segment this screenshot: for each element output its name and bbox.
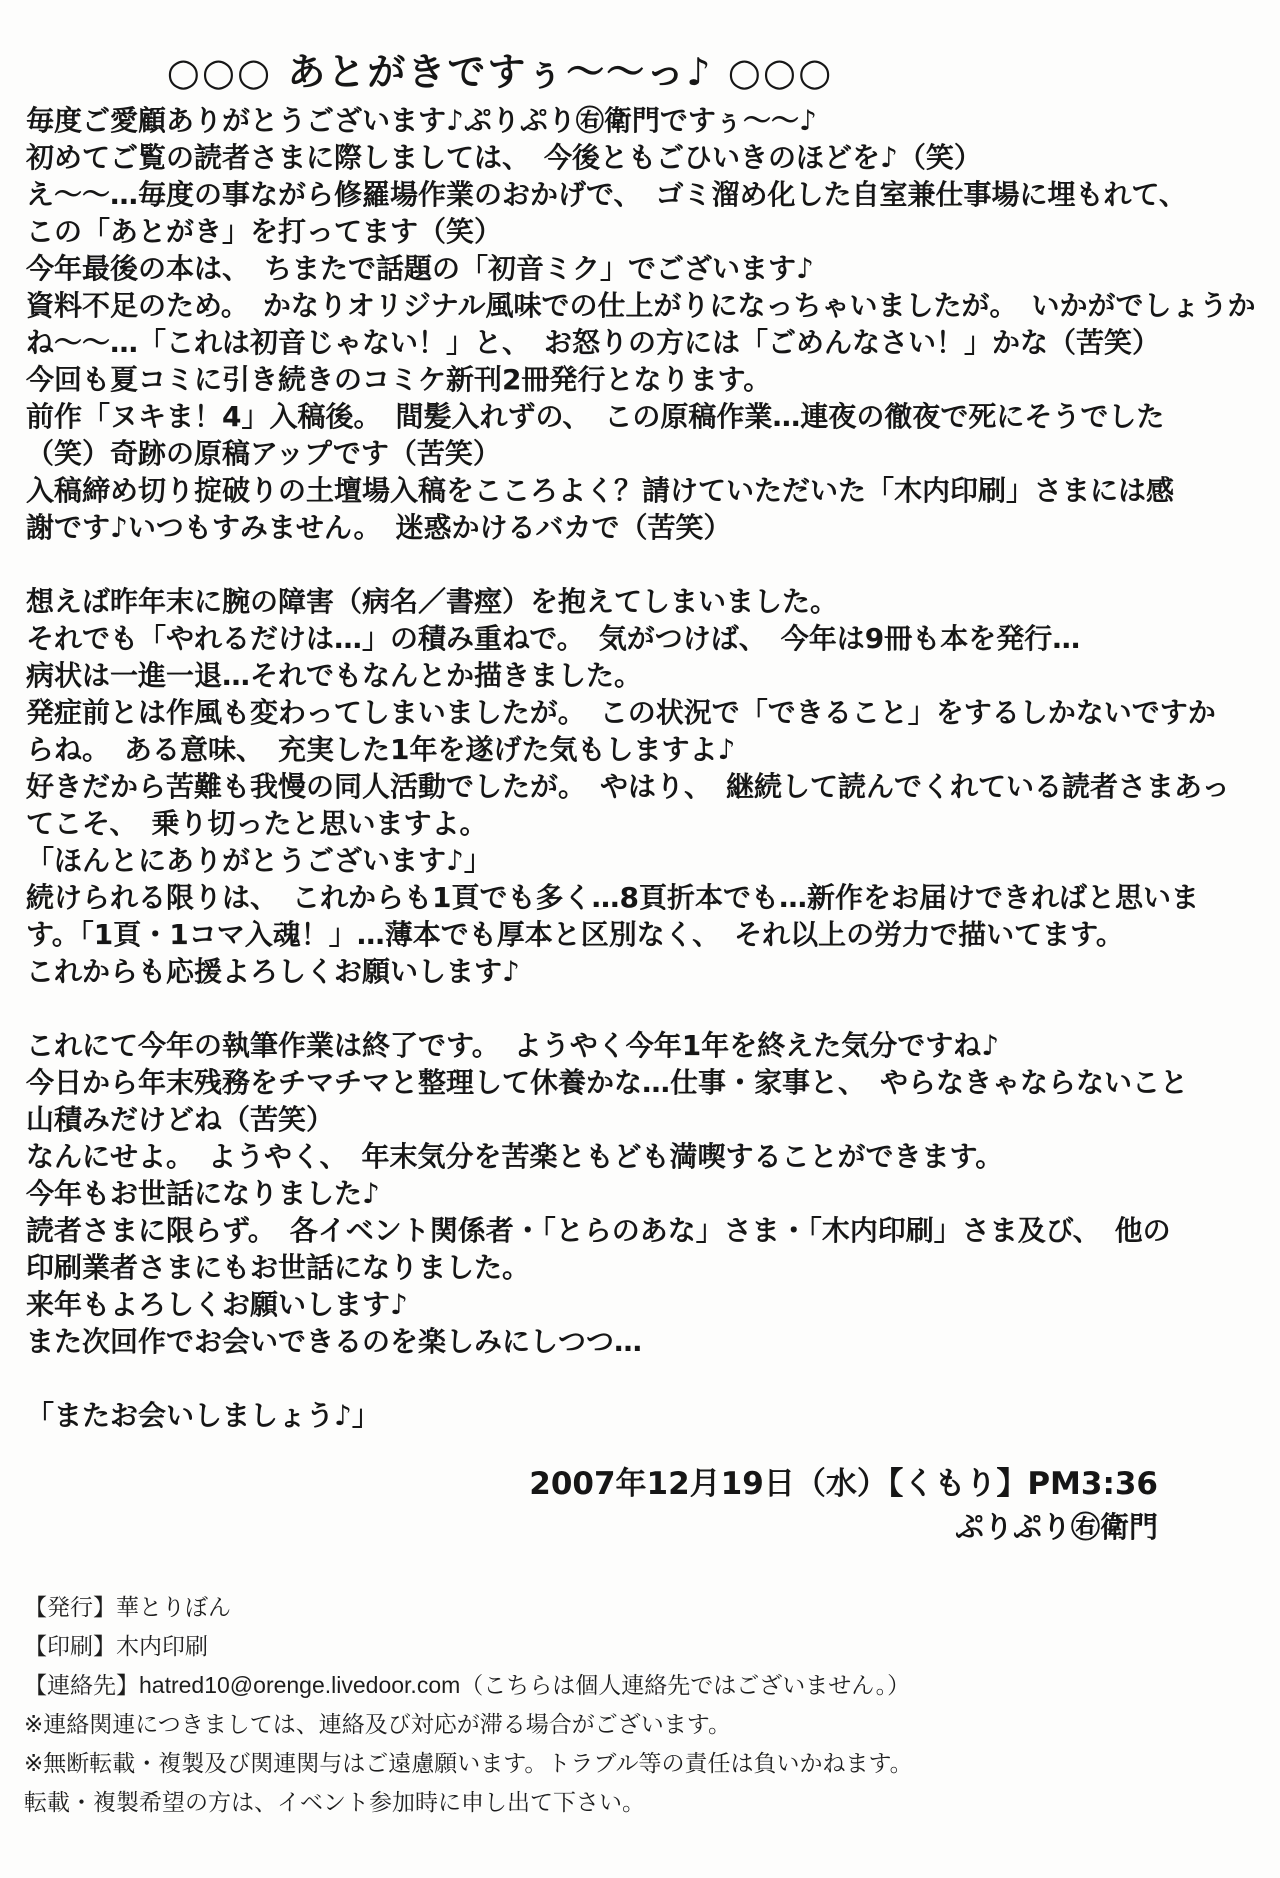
text-line: 「またお会いしましょう♪」 — [26, 1397, 1270, 1434]
text-line — [26, 1360, 1270, 1397]
text-line: 今日から年末残務をチマチマと整理して休養かな…仕事・家事と、 やらなきゃならない… — [26, 1064, 1270, 1101]
text-line: これにて今年の執筆作業は終了です。 ようやく今年1年を終えた気分ですね♪ — [26, 1027, 1270, 1064]
text-line: 続けられる限りは、 これからも1頁でも多く…8頁折本でも…新作をお届けできればと… — [26, 879, 1270, 916]
colophon-line: ※連絡関連につきましては、連絡及び対応が滞る場合がございます。 — [24, 1705, 1280, 1744]
colophon-line: 【連絡先】hatred10@orenge.livedoor.com（こちらは個人… — [24, 1666, 1280, 1705]
colophon-line: 転載・複製希望の方は、イベント参加時に申し出て下さい。 — [24, 1783, 1280, 1822]
text-line: 来年もよろしくお願いします♪ — [26, 1286, 1270, 1323]
date-line: 2007年12月19日（水）【くもり】PM3:36 — [0, 1464, 1280, 1504]
afterword-page: ○○○ あとがきですぅ〜〜っ♪ ○○○ 毎度ご愛顧ありがとうございます♪ぷりぷり… — [0, 0, 1280, 1878]
text-line: 読者さまに限らず。 各イベント関係者・「とらのあな」さま・「木内印刷」さま及び、… — [26, 1212, 1270, 1249]
text-line — [26, 990, 1270, 1027]
text-line: また次回作でお会いできるのを楽しみにしつつ… — [26, 1323, 1270, 1360]
text-line: 想えば昨年末に腕の障害（病名／書痙）を抱えてしまいました。 — [26, 583, 1270, 620]
text-line — [26, 546, 1270, 583]
text-line: てこそ、 乗り切ったと思いますよ。 — [26, 805, 1270, 842]
text-line: 毎度ご愛顧ありがとうございます♪ぷりぷり㊨衛門ですぅ〜〜♪ — [26, 102, 1270, 139]
text-line: 今年もお世話になりました♪ — [26, 1175, 1270, 1212]
text-line: 入稿締め切り掟破りの土壇場入稿をこころよく？請けていただいた「木内印刷」さまには… — [26, 472, 1270, 509]
colophon: 【発行】華とりぼん【印刷】木内印刷【連絡先】hatred10@orenge.li… — [0, 1588, 1280, 1822]
colophon-line: ※無断転載・複製及び関連関与はご遠慮願います。トラブル等の責任は負いかねます。 — [24, 1744, 1280, 1783]
text-line: （笑）奇跡の原稿アップです（苦笑） — [26, 435, 1270, 472]
text-line: ね〜〜…「これは初音じゃない！」と、 お怒りの方には「ごめんなさい！」かな（苦笑… — [26, 324, 1270, 361]
page-title: ○○○ あとがきですぅ〜〜っ♪ ○○○ — [0, 0, 1140, 94]
text-line: 初めてご覧の読者さまに際しましては、 今後ともごひいきのほどを♪（笑） — [26, 139, 1270, 176]
colophon-line: 【印刷】木内印刷 — [24, 1627, 1280, 1666]
text-line: 今年最後の本は、 ちまたで話題の「初音ミク」でございます♪ — [26, 250, 1270, 287]
text-line: なんにせよ。 ようやく、 年末気分を苦楽ともども満喫することができます。 — [26, 1138, 1270, 1175]
text-line: す。「1頁・1コマ入魂！」…薄本でも厚本と区別なく、 それ以上の労力で描いてます… — [26, 916, 1270, 953]
text-line: 前作「ヌキま！4」入稿後。 間髪入れずの、 この原稿作業…連夜の徹夜で死にそうで… — [26, 398, 1270, 435]
text-line: 「ほんとにありがとうございます♪」 — [26, 842, 1270, 879]
text-line: え〜〜…毎度の事ながら修羅場作業のおかげで、 ゴミ溜め化した自室兼仕事場に埋もれ… — [26, 176, 1270, 213]
text-line: 謝です♪いつもすみません。 迷惑かけるバカで（苦笑） — [26, 509, 1270, 546]
text-line: 資料不足のため。 かなりオリジナル風味での仕上がりになっちゃいましたが。 いかが… — [26, 287, 1270, 324]
text-line: 山積みだけどね（苦笑） — [26, 1101, 1270, 1138]
text-line: 印刷業者さまにもお世話になりました。 — [26, 1249, 1270, 1286]
text-line: それでも「やれるだけは…」の積み重ねで。 気がつけば、 今年は9冊も本を発行… — [26, 620, 1270, 657]
author-signature: ぷりぷり㊨衛門 — [0, 1508, 1280, 1546]
text-line: らね。 ある意味、 充実した1年を遂げた気もしますよ♪ — [26, 731, 1270, 768]
text-line: 今回も夏コミに引き続きのコミケ新刊2冊発行となります。 — [26, 361, 1270, 398]
text-line: この「あとがき」を打ってます（笑） — [26, 213, 1270, 250]
colophon-line: 【発行】華とりぼん — [24, 1588, 1280, 1627]
text-line: 病状は一進一退…それでもなんとか描きました。 — [26, 657, 1270, 694]
afterword-body: 毎度ご愛顧ありがとうございます♪ぷりぷり㊨衛門ですぅ〜〜♪初めてご覧の読者さまに… — [0, 102, 1280, 1434]
text-line: これからも応援よろしくお願いします♪ — [26, 953, 1270, 990]
text-line: 発症前とは作風も変わってしまいましたが。 この状況で「できること」をするしかない… — [26, 694, 1270, 731]
text-line: 好きだから苦難も我慢の同人活動でしたが。 やはり、 継続して読んでくれている読者… — [26, 768, 1270, 805]
